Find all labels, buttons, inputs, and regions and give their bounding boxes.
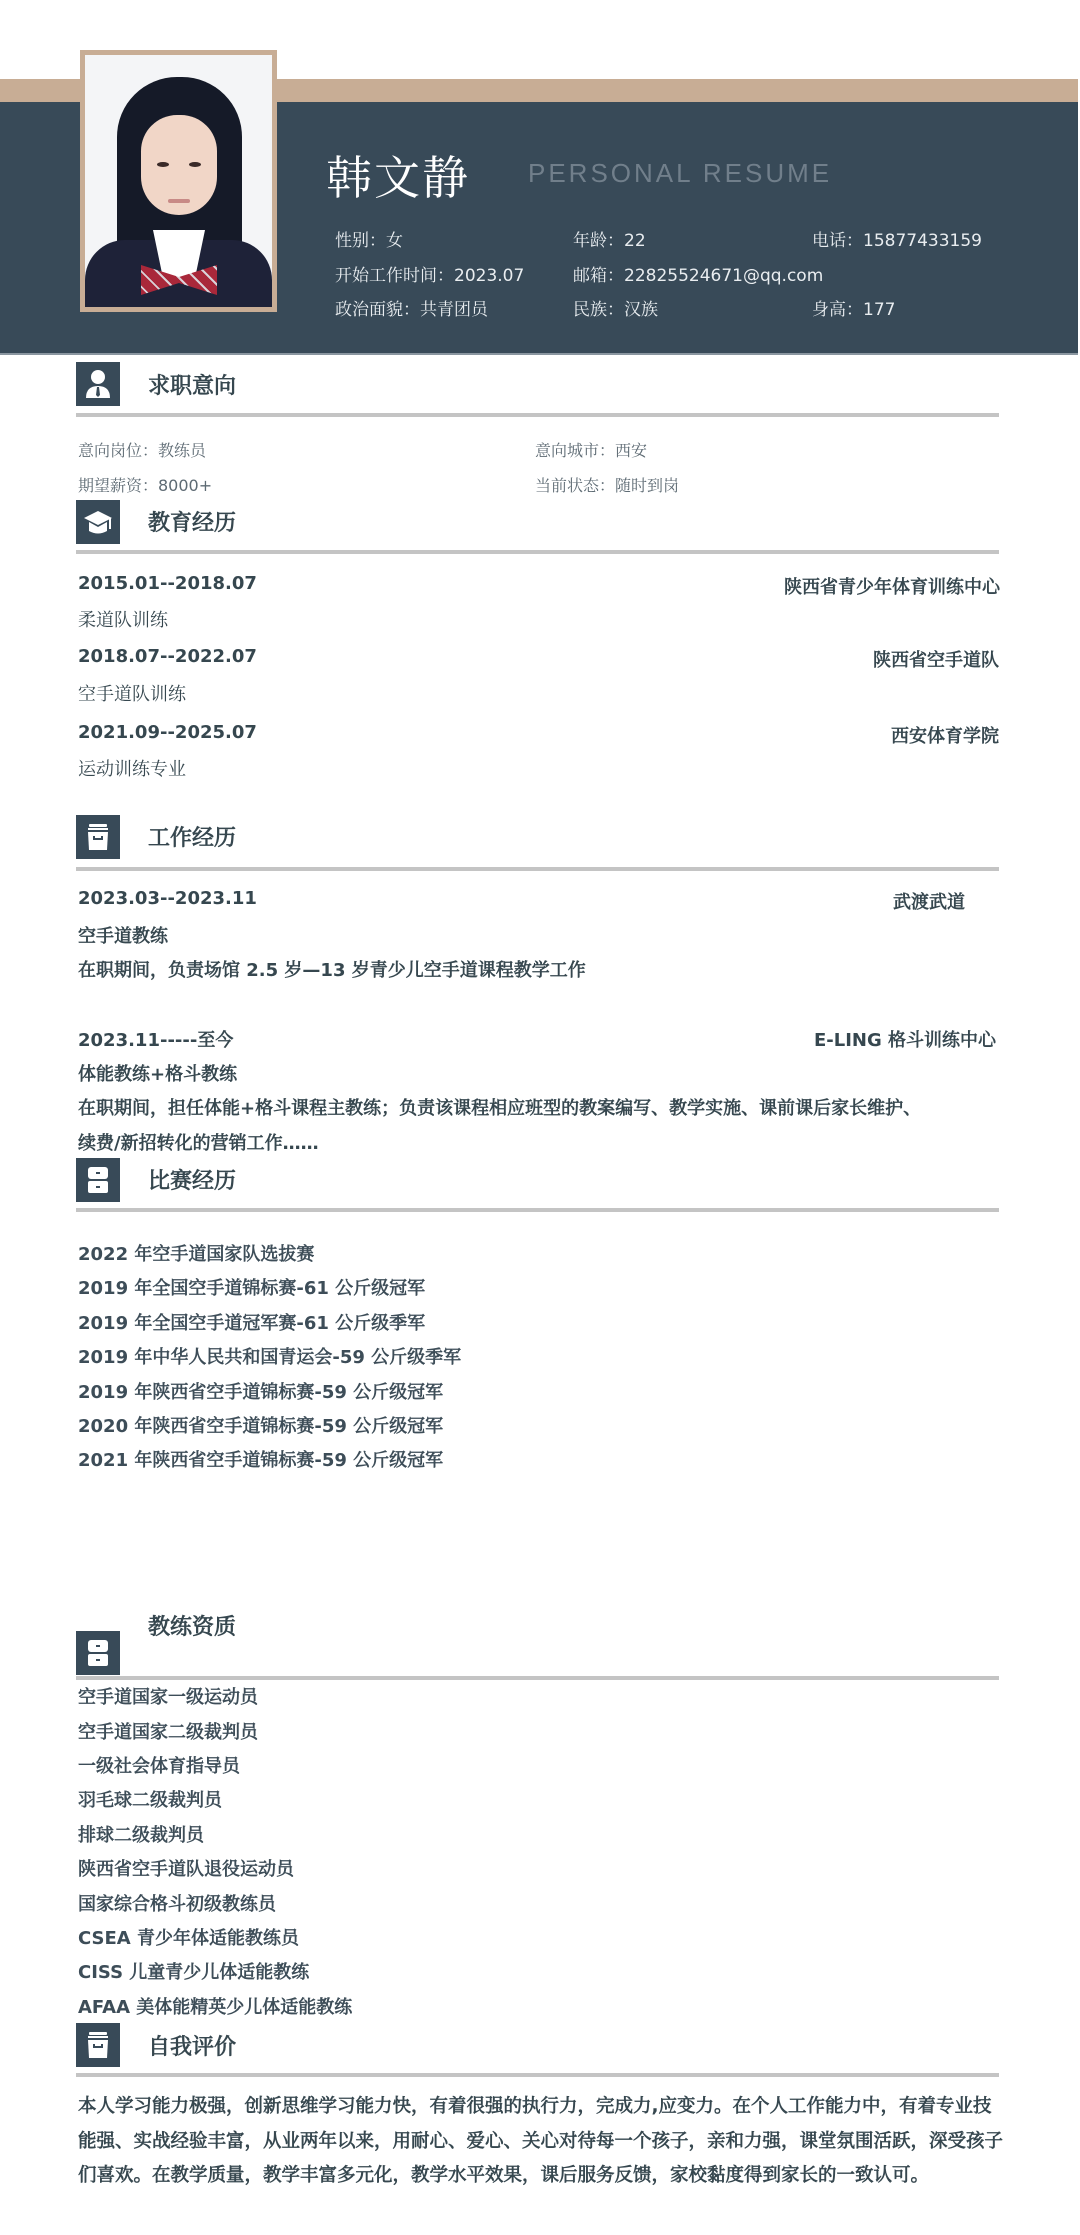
- work-period: 2023.11-----至今: [78, 1026, 233, 1052]
- section-title-self-evaluation: 自我评价: [148, 2030, 236, 2061]
- education-school: 西安体育学院: [891, 722, 999, 748]
- qualification-item: 国家综合格斗初级教练员: [78, 1890, 276, 1916]
- work-company: 武渡武道: [893, 888, 965, 914]
- info-gender: 性别：女: [335, 226, 403, 251]
- qualification-item: AFAA 美体能精英少儿体适能教练: [78, 1993, 352, 2019]
- info-height: 身高：177: [812, 295, 895, 320]
- qualification-item: 羽毛球二级裁判员: [78, 1786, 222, 1812]
- info-political-status: 政治面貌：共青团员: [335, 295, 488, 320]
- qualification-item: 空手道国家二级裁判员: [78, 1718, 258, 1744]
- intended-position: 意向岗位：教练员: [78, 438, 206, 461]
- education-detail: 柔道队训练: [78, 606, 168, 632]
- work-description: 在职期间，负责场馆 2.5 岁—13 岁青少儿空手道课程教学工作: [78, 956, 586, 982]
- work-description: 续费/新招转化的营销工作……: [78, 1129, 319, 1155]
- qualification-item: CSEA 青少年体适能教练员: [78, 1924, 299, 1950]
- education-period: 2021.09--2025.07: [78, 722, 257, 743]
- info-phone: 电话：15877433159: [812, 226, 982, 251]
- profile-photo-frame: [80, 50, 277, 312]
- info-email: 邮箱：22825524671@qq.com: [573, 261, 823, 286]
- section-title-job-intention: 求职意向: [148, 369, 236, 400]
- competition-item: 2022 年空手道国家队选拔赛: [78, 1240, 314, 1266]
- competition-item: 2020 年陕西省空手道锦标赛-59 公斤级冠军: [78, 1412, 443, 1438]
- qualification-item: 陕西省空手道队退役运动员: [78, 1855, 294, 1881]
- info-ethnicity: 民族：汉族: [573, 295, 658, 320]
- education-school: 陕西省青少年体育训练中心: [784, 573, 1000, 599]
- education-school: 陕西省空手道队: [873, 646, 999, 672]
- user-tie-icon: [76, 362, 120, 406]
- section-divider: [76, 1676, 999, 1680]
- section-divider: [76, 1208, 999, 1212]
- education-period: 2018.07--2022.07: [78, 646, 257, 667]
- profile-photo: [85, 55, 272, 307]
- competition-item: 2019 年全国空手道冠军赛-61 公斤级季军: [78, 1309, 425, 1335]
- qualification-item: 空手道国家一级运动员: [78, 1683, 258, 1709]
- expected-salary: 期望薪资：8000+: [78, 473, 212, 496]
- info-age: 年龄：22: [573, 226, 646, 251]
- section-title-work: 工作经历: [148, 821, 236, 852]
- competition-item: 2021 年陕西省空手道锦标赛-59 公斤级冠军: [78, 1446, 443, 1472]
- work-role: 体能教练+格斗教练: [78, 1060, 237, 1086]
- qualification-item: 排球二级裁判员: [78, 1821, 204, 1847]
- current-status: 当前状态：随时到岗: [535, 473, 679, 496]
- graduation-cap-icon: [76, 500, 120, 544]
- section-title-education: 教育经历: [148, 506, 236, 537]
- education-period: 2015.01--2018.07: [78, 573, 257, 594]
- competition-item: 2019 年全国空手道锦标赛-61 公斤级冠军: [78, 1274, 425, 1300]
- candidate-name: 韩文静: [326, 142, 470, 208]
- competition-item: 2019 年中华人民共和国青运会-59 公斤级季军: [78, 1343, 461, 1369]
- intended-city: 意向城市：西安: [535, 438, 647, 461]
- section-divider: [76, 867, 999, 871]
- section-title-competitions: 比赛经历: [148, 1164, 236, 1195]
- self-evaluation-text: 本人学习能力极强，创新思维学习能力快，有着很强的执行力，完成力,应变力。在个人工…: [78, 2090, 1003, 2194]
- qualification-item: 一级社会体育指导员: [78, 1752, 240, 1778]
- section-divider: [76, 413, 999, 417]
- drawer-cabinet-icon: [76, 1631, 120, 1675]
- resume-subtitle: PERSONAL RESUME: [528, 158, 832, 189]
- section-divider: [76, 550, 999, 554]
- section-title-qualifications: 教练资质: [148, 1610, 236, 1641]
- education-detail: 运动训练专业: [78, 755, 186, 781]
- info-work-start: 开始工作时间：2023.07: [335, 261, 524, 286]
- qualification-item: CISS 儿童青少儿体适能教练: [78, 1958, 309, 1984]
- section-divider: [76, 2073, 999, 2077]
- competition-item: 2019 年陕西省空手道锦标赛-59 公斤级冠军: [78, 1378, 443, 1404]
- drawer-cabinet-icon: [76, 1158, 120, 1202]
- briefcase-icon: [76, 815, 120, 859]
- education-detail: 空手道队训练: [78, 680, 186, 706]
- work-period: 2023.03--2023.11: [78, 888, 257, 909]
- work-role: 空手道教练: [78, 922, 168, 948]
- briefcase-icon: [76, 2023, 120, 2067]
- work-company: E-LING 格斗训练中心: [814, 1026, 996, 1052]
- work-description: 在职期间，担任体能+格斗课程主教练；负责该课程相应班型的教案编写、教学实施、课前…: [78, 1094, 921, 1120]
